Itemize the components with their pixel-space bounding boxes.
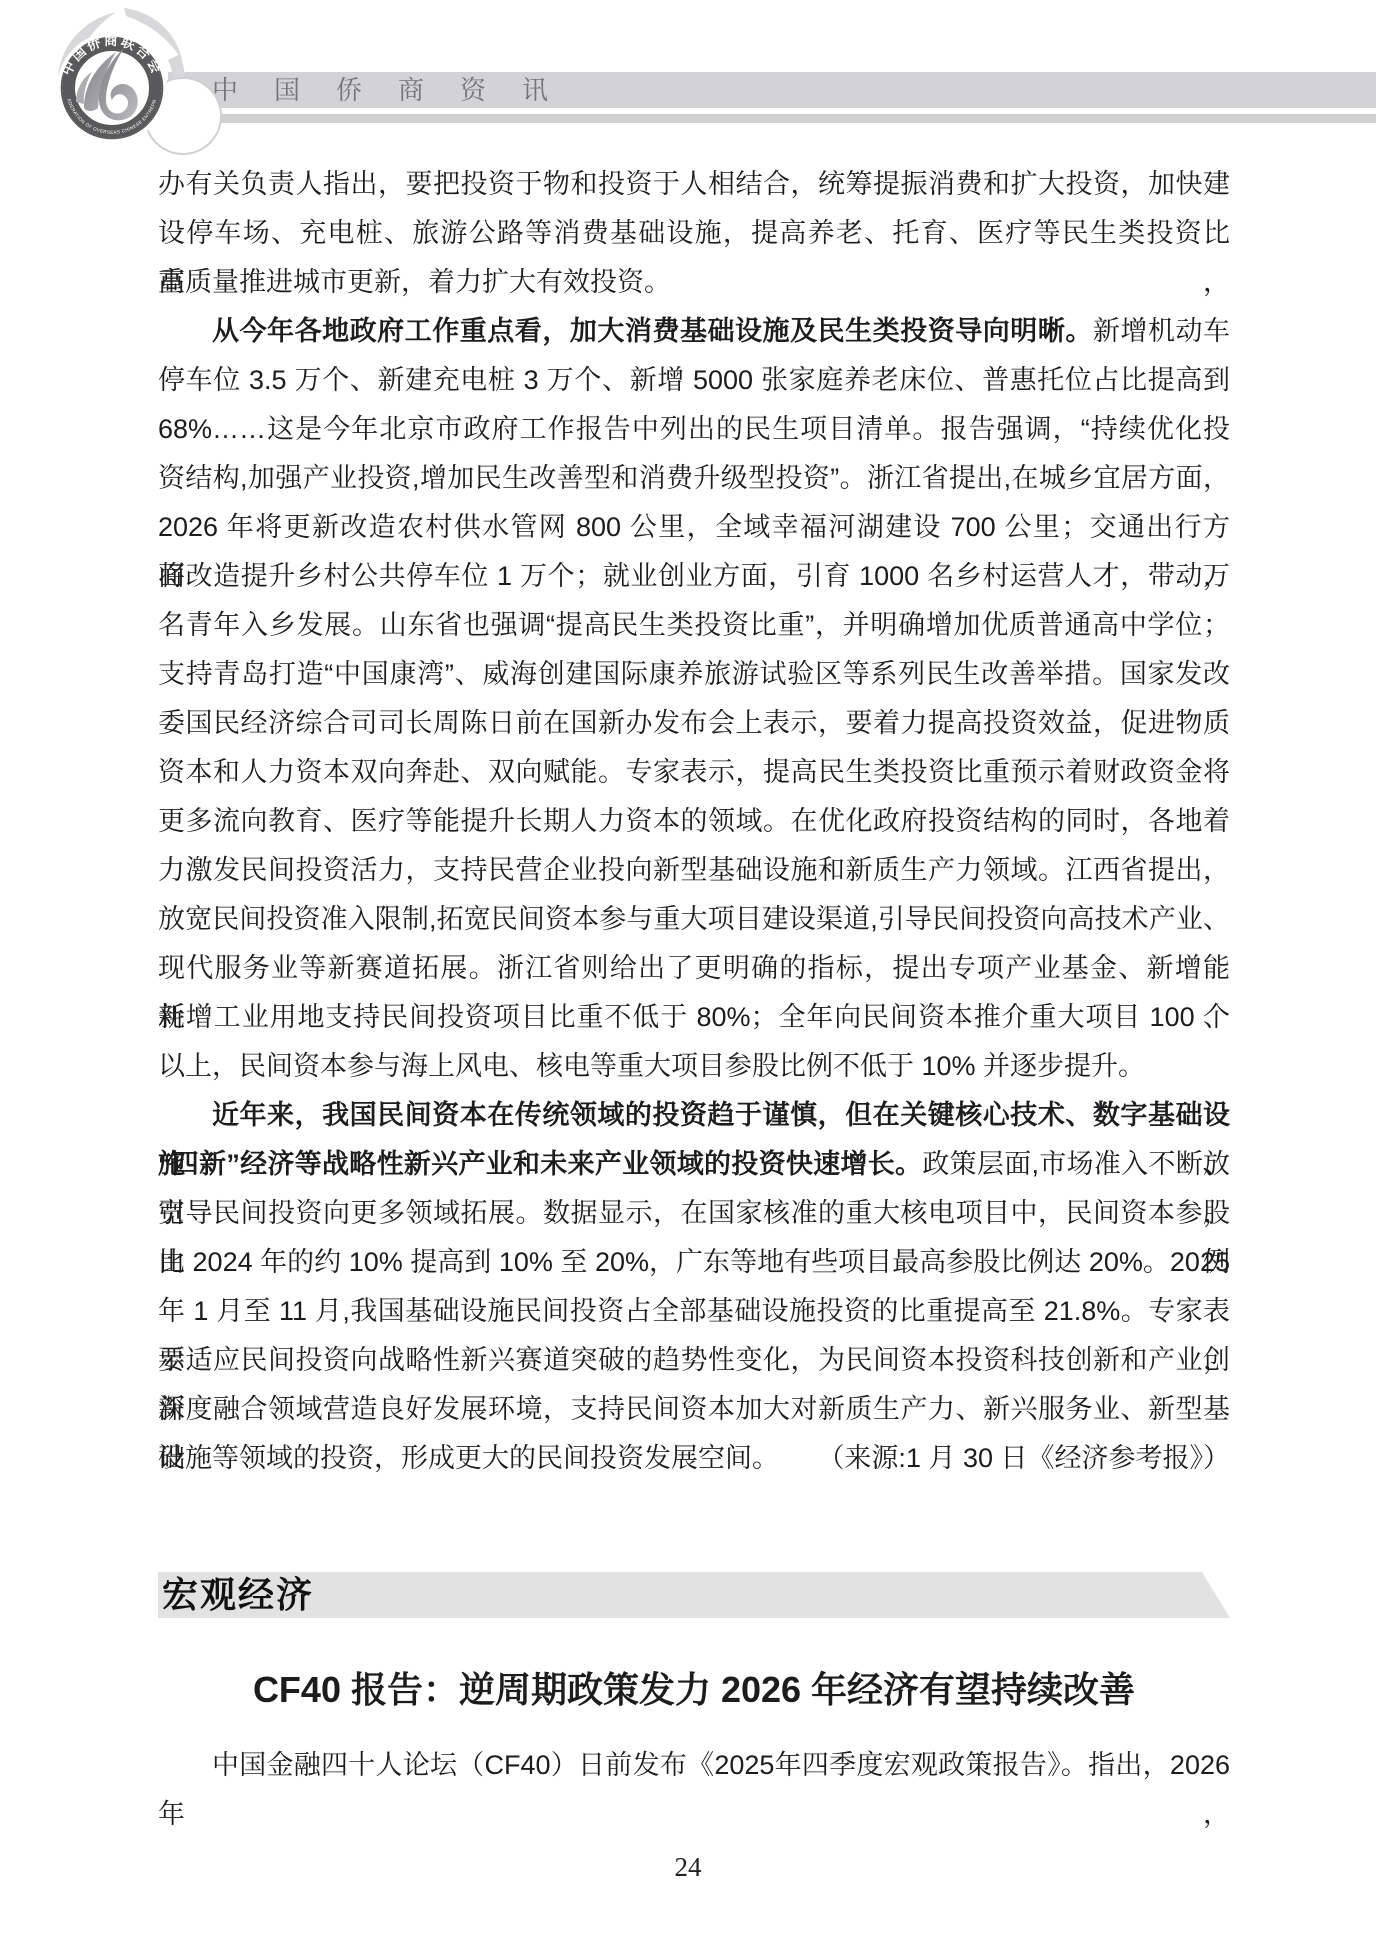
- body-line: 从今年各地政府工作重点看，加大消费基础设施及民生类投资导向明晰。新增机动车: [158, 307, 1230, 356]
- section-banner-label: 宏观经济: [158, 1572, 1230, 1618]
- body-line-segment: 以上，民间资本参与海上风电、核电等重大项目参股比例不低于 10% 并逐步提升。: [158, 1051, 1145, 1081]
- body-line-segment: 放宽民间投资准入限制,拓宽民间资本参与重大项目建设渠道,引导民间投资向高技术产业…: [158, 904, 1230, 934]
- body-line: 要适应民间投资向战略性新兴赛道突破的趋势性变化，为民间资本投资科技创新和产业创新: [158, 1336, 1230, 1385]
- body-line: 年 1 月至 11 月,我国基础设施民间投资占全部基础设施投资的比重提高至 21…: [158, 1287, 1230, 1336]
- body-line-segment: 委国民经济综合司司长周陈日前在国新办发布会上表示，要着力提高投资效益，促进物质: [158, 708, 1230, 738]
- body-line: 力激发民间投资活力，支持民营企业投向新型基础设施和新质生产力领域。江西省提出，: [158, 846, 1230, 895]
- body-line-segment: 由 2024 年的约 10% 提高到 10% 至 20%，广东等地有些项目最高参…: [158, 1247, 1230, 1277]
- body-line: 近年来，我国民间资本在传统领域的投资趋于谨慎，但在关键核心技术、数字基础设施、: [158, 1091, 1230, 1140]
- body-line-segment: 办有关负责人指出，要把投资于物和投资于人相结合，统筹提振消费和扩大投资，加快建: [158, 169, 1230, 199]
- org-seal-logo: 中国侨商联合会 CHINA FEDERATION OF OVERSEAS CHI…: [26, 2, 226, 174]
- document-page: 中国侨商资讯 中国侨商联合会 CHINA FEDERATION OF OVE: [0, 0, 1376, 1943]
- body-line: 名青年入乡发展。山东省也强调“提高民生类投资比重”，并明确增加优质普通高中学位；: [158, 601, 1230, 650]
- body-line: 将改造提升乡村公共停车位 1 万个；就业创业方面，引育 1000 名乡村运营人才…: [158, 552, 1230, 601]
- body-line-segment: 68%……这是今年北京市政府工作报告中列出的民生项目清单。报告强调，“持续优化投: [158, 414, 1230, 444]
- body-line: 更多流向教育、医疗等能提升长期人力资本的领域。在优化政府投资结构的同时，各地着: [158, 797, 1230, 846]
- body-line: 支持青岛打造“中国康湾”、威海创建国际康养旅游试验区等系列民生改善举措。国家发改: [158, 650, 1230, 699]
- newsletter-title: 中国侨商资讯: [212, 72, 584, 108]
- body-line: 资结构,加强产业投资,增加民生改善型和消费升级型投资”。浙江省提出,在城乡宜居方…: [158, 454, 1230, 503]
- body-line-segment: 高质量推进城市更新，着力扩大有效投资。: [158, 267, 671, 297]
- body-line: 停车位 3.5 万个、新建充电桩 3 万个、新增 5000 张家庭养老床位、普惠…: [158, 356, 1230, 405]
- header-banner-underline: [168, 114, 1376, 123]
- body-line-segment: 将改造提升乡村公共停车位 1 万个；就业创业方面，引育 1000 名乡村运营人才…: [158, 561, 1230, 591]
- body-line-segment: 力激发民间投资活力，支持民营企业投向新型基础设施和新质生产力领域。江西省提出，: [158, 855, 1230, 885]
- body-line: “四新”经济等战略性新兴产业和未来产业领域的投资快速增长。政策层面,市场准入不断…: [158, 1140, 1230, 1189]
- body-line: 资本和人力资本双向奔赴、双向赋能。专家表示，提高民生类投资比重预示着财政资金将: [158, 748, 1230, 797]
- body-line: 深度融合领域营造良好发展环境，支持民间资本加大对新质生产力、新兴服务业、新型基础: [158, 1385, 1230, 1434]
- body-line: 新增工业用地支持民间投资项目比重不低于 80%；全年向民间资本推介重大项目 10…: [158, 993, 1230, 1042]
- body-line: 68%……这是今年北京市政府工作报告中列出的民生项目清单。报告强调，“持续优化投: [158, 405, 1230, 454]
- body-line: 以上，民间资本参与海上风电、核电等重大项目参股比例不低于 10% 并逐步提升。: [158, 1042, 1230, 1091]
- body-line: 设施等领域的投资，形成更大的民间投资发展空间。（来源:1 月 30 日《经济参考…: [158, 1434, 1230, 1483]
- body-line: 由 2024 年的约 10% 提高到 10% 至 20%，广东等地有些项目最高参…: [158, 1238, 1230, 1287]
- body-line-part: （来源:1 月 30 日《经济参考报》）: [817, 1434, 1230, 1483]
- body-line-bold-segment: “四新”经济等战略性新兴产业和未来产业领域的投资快速增长。: [158, 1149, 922, 1179]
- body-line-segment: 新增机动车: [1093, 316, 1230, 346]
- body-line-part: 设施等领域的投资，形成更大的民间投资发展空间。: [158, 1434, 779, 1483]
- body-line-segment: 名青年入乡发展。山东省也强调“提高民生类投资比重”，并明确增加优质普通高中学位；: [158, 610, 1230, 640]
- body-line-segment: 资结构,加强产业投资,增加民生改善型和消费升级型投资”。浙江省提出,在城乡宜居方…: [158, 463, 1230, 493]
- page-number: 24: [0, 1852, 1376, 1883]
- body-line: 2026 年将更新改造农村供水管网 800 公里，全域幸福河湖建设 700 公里…: [158, 503, 1230, 552]
- body-line-bold-segment: 从今年各地政府工作重点看，加大消费基础设施及民生类投资导向明晰。: [212, 316, 1093, 346]
- body-line-segment: 新增工业用地支持民间投资项目比重不低于 80%；全年向民间资本推介重大项目 10…: [158, 1002, 1230, 1032]
- section-banner: 宏观经济: [158, 1572, 1230, 1618]
- body-line: 现代服务业等新赛道拓展。浙江省则给出了更明确的指标，提出专项产业基金、新增能耗、: [158, 944, 1230, 993]
- body-line-segment: 支持青岛打造“中国康湾”、威海创建国际康养旅游试验区等系列民生改善举措。国家发改: [158, 659, 1230, 689]
- body-paragraphs: 办有关负责人指出，要把投资于物和投资于人相结合，统筹提振消费和扩大投资，加快建设…: [158, 160, 1230, 1483]
- body-line: 放宽民间投资准入限制,拓宽民间资本参与重大项目建设渠道,引导民间投资向高技术产业…: [158, 895, 1230, 944]
- body-line: 办有关负责人指出，要把投资于物和投资于人相结合，统筹提振消费和扩大投资，加快建: [158, 160, 1230, 209]
- body-line: 设停车场、充电桩、旅游公路等消费基础设施，提高养老、托育、医疗等民生类投资比重，: [158, 209, 1230, 258]
- body-line-segment: 停车位 3.5 万个、新建充电桩 3 万个、新增 5000 张家庭养老床位、普惠…: [158, 365, 1230, 395]
- article-first-line: 中国金融四十人论坛（CF40）日前发布《2025年四季度宏观政策报告》。指出，2…: [158, 1741, 1230, 1790]
- body-line-segment: 更多流向教育、医疗等能提升长期人力资本的领域。在优化政府投资结构的同时，各地着: [158, 806, 1230, 836]
- body-line: 委国民经济综合司司长周陈日前在国新办发布会上表示，要着力提高投资效益，促进物质: [158, 699, 1230, 748]
- body-line-segment: 资本和人力资本双向奔赴、双向赋能。专家表示，提高民生类投资比重预示着财政资金将: [158, 757, 1230, 787]
- body-line: 引导民间投资向更多领域拓展。数据显示，在国家核准的重大核电项目中，民间资本参股比…: [158, 1189, 1230, 1238]
- article-title: CF40 报告：逆周期政策发力 2026 年经济有望持续改善: [158, 1665, 1230, 1715]
